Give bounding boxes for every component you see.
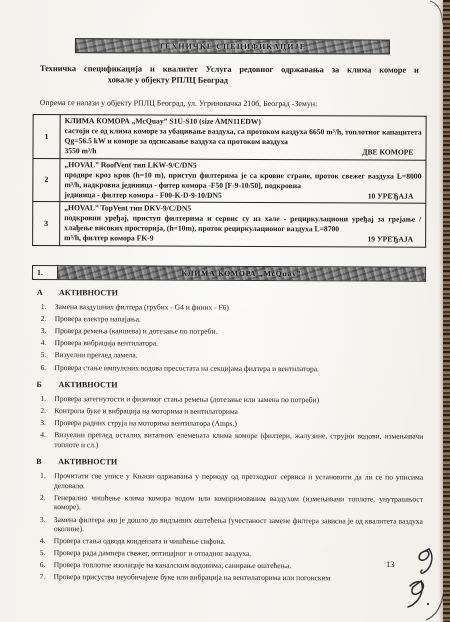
top-banner: ТЕХНИЧКЕ СПЕЦИФИКАЦИЈЕ [75,38,390,54]
item-number: 6. [41,363,55,373]
item-text: Провера присуства неуобичајене буке или … [54,572,425,583]
list-item: 3.Провера радних струја на моторима вент… [31,418,425,429]
section-a: ААКТИВНОСТИ 1.Замена ваздушних филтера (… [32,288,426,374]
item-text: Замена филтера ако је дошло до видљивих … [54,515,425,536]
section-heading: ВАКТИВНОСТИ [31,457,425,468]
row-body-end: m³/h, филтер комора FK-9 [64,233,153,243]
item-text: Провера електро напајања. [55,314,426,325]
item-text: Провера вибрација вентилатора. [55,338,426,349]
item-text: Провера топлотне изолације на каналским … [54,560,425,571]
row-body: продире кроз кров (h=10 m), приступ филт… [64,170,421,191]
item-number: 5. [40,548,54,558]
doc-title-line2: ховале у објекту РПЛЦ Београд [40,75,419,87]
list-item: 2.Контрола буке и вибрација на моторима … [31,406,425,417]
item-text: Провера радних струја на моторима вентил… [54,418,425,429]
section-heading: БАКТИВНОСТИ [31,380,425,391]
item-number: 3. [40,515,54,534]
table-row: 1 КЛИМА КОМОРА „McQuay” S1U-S10 (size AM… [33,115,426,160]
row-number: 2 [33,158,60,202]
row-quantity: 10 УРЕЂАЈА [368,191,422,201]
item-text: Провера стање импулсних водова пресостат… [55,363,426,374]
list-item: 4.Провера вибрација вентилатора. [32,338,426,349]
section-letter: Б [36,380,58,389]
list-item: 1.Замена ваздушних филтера (грубих - G4 … [32,302,426,313]
item-text: Замена ваздушних филтера (грубих - G4 и … [55,302,426,313]
item-number: 1. [40,471,54,490]
list-item: 6.Провера топлотне изолације на каналски… [31,560,425,571]
item-text: Контрола буке и вибрација на моторима и … [54,406,425,417]
row-last-line: 3550 m³/h ДВЕ КОМОРЕ [64,146,421,157]
list-item: 2.Генерално чишћење клима комора водом и… [31,493,425,514]
item-number: 3. [40,418,54,428]
doc-title-line1: Техничка спецификација и квалитет Услуга… [40,64,419,76]
item-text: Генерално чишћење клима комора водом или… [54,493,425,514]
item-text: Провера затегнутости и физичког стања ре… [54,394,425,405]
row-cell: КЛИМА КОМОРА „McQuay” S1U-S10 (size AMN1… [60,115,426,160]
item-text: Провера ремења (каишева) и дотезање по п… [55,326,426,337]
row-cell: „HOVAL” RoofVent тип LKW-9/C/DN5 продире… [60,158,426,203]
item-number: 2. [40,493,54,512]
top-banner-title: ТЕХНИЧКЕ СПЕЦИФИКАЦИЈЕ [159,42,306,52]
section-banner-number: 1. [33,266,58,279]
item-number: 1. [41,302,55,312]
equipment-table: 1 КЛИМА КОМОРА „McQuay” S1U-S10 (size AM… [32,114,427,248]
section-heading-label: АКТИВНОСТИ [59,288,118,297]
section-v: ВАКТИВНОСТИ 1.Прочитати све уписе у Књиз… [31,457,426,583]
page-content: ТЕХНИЧКЕ СПЕЦИФИКАЦИЈЕ Техничка специфик… [31,38,427,586]
item-number: 4. [40,536,54,546]
page-number: 13 [386,559,395,569]
list-item: 2.Провера електро напајања. [32,314,426,325]
row-body: састоји се од клима коморе за убацивање … [65,126,422,147]
list-item: 3.Замена филтера ако је дошло до видљиви… [31,514,425,535]
row-body-end: јединица - филтер комора - F00-K-D-9-10/… [64,190,222,201]
item-text: Провера рада дампера свежег, оптицајног … [54,548,425,559]
list-item: 1.Провера затегнутости и физичког стања … [31,394,425,405]
row-number: 1 [33,115,60,159]
row-quantity: 19 УРЕЂАЈА [367,235,421,245]
item-number: 2. [40,406,54,416]
row-last-line: m³/h, филтер комора FK-9 19 УРЕЂАЈА [64,233,421,244]
row-body-end: 3550 m³/h [64,146,96,156]
section-heading-label: АКТИВНОСТИ [58,380,117,389]
item-number: 3. [41,326,55,336]
item-text: Визуелни преглед осталих виталних елемен… [54,430,425,451]
item-number: 4. [40,430,54,449]
list-item: 5.Провера рада дампера свежег, оптицајно… [31,548,425,559]
intro-line: Опрема се налази у објекту РПЛЦ Београд,… [33,98,427,109]
handwritten-initials [398,546,446,610]
row-body: подкровни уређај, приступ филтерима и се… [64,213,421,234]
section-letter: А [37,288,59,297]
row-number: 3 [33,202,60,246]
row-quantity: ДВЕ КОМОРЕ [362,147,421,157]
scanned-page: ТЕХНИЧКЕ СПЕЦИФИКАЦИЈЕ Техничка специфик… [0,0,450,622]
item-number: 1. [40,394,54,404]
section-banner-title: КЛИМА КОМОРА „McQuay” [58,266,425,281]
item-number: 2. [41,314,55,324]
row-last-line: јединица - филтер комора - F00-K-D-9-10/… [64,190,421,201]
list-item: 1.Прочитати све уписе у Књизи одржавања … [31,471,425,492]
list-item: 7.Провера присуства неуобичајене буке ил… [31,572,425,583]
item-number: 5. [41,350,55,360]
table-row: 2 „HOVAL” RoofVent тип LKW-9/C/DN5 проди… [33,158,426,203]
list-item: 4.Провера стања одвода кондензата и чишћ… [31,536,425,547]
item-text: Провера стања одвода кондензата и чишћењ… [54,536,425,547]
section-banner: 1. КЛИМА КОМОРА „McQuay” [32,265,426,282]
list-item: 5.Визуелни преглед ламела. [32,350,426,361]
list-item: 4.Визуелни преглед осталих виталних елем… [31,430,425,451]
item-number: 7. [40,572,54,582]
item-number: 4. [41,338,55,348]
section-b: БАКТИВНОСТИ 1.Провера затегнутости и физ… [31,380,425,451]
section-heading: ААКТИВНОСТИ [32,288,426,299]
scan-edge [443,0,450,622]
list-item: 3.Провера ремења (каишева) и дотезање по… [32,326,426,337]
row-cell: „HOVAL” TopVent тип DKV-9/C/DN5 подкровн… [60,202,426,247]
doc-title: Техничка спецификација и квалитет Услуга… [33,64,427,87]
item-number: 6. [40,560,54,570]
section-letter: В [36,457,58,466]
table-row: 3 „HOVAL” TopVent тип DKV-9/C/DN5 подкро… [33,202,426,247]
item-text: Визуелни преглед ламела. [55,351,426,362]
section-heading-label: АКТИВНОСТИ [58,457,117,466]
list-item: 6.Провера стање импулсних водова пресост… [32,363,426,374]
item-text: Прочитати све уписе у Књизи одржавања у … [54,471,425,492]
